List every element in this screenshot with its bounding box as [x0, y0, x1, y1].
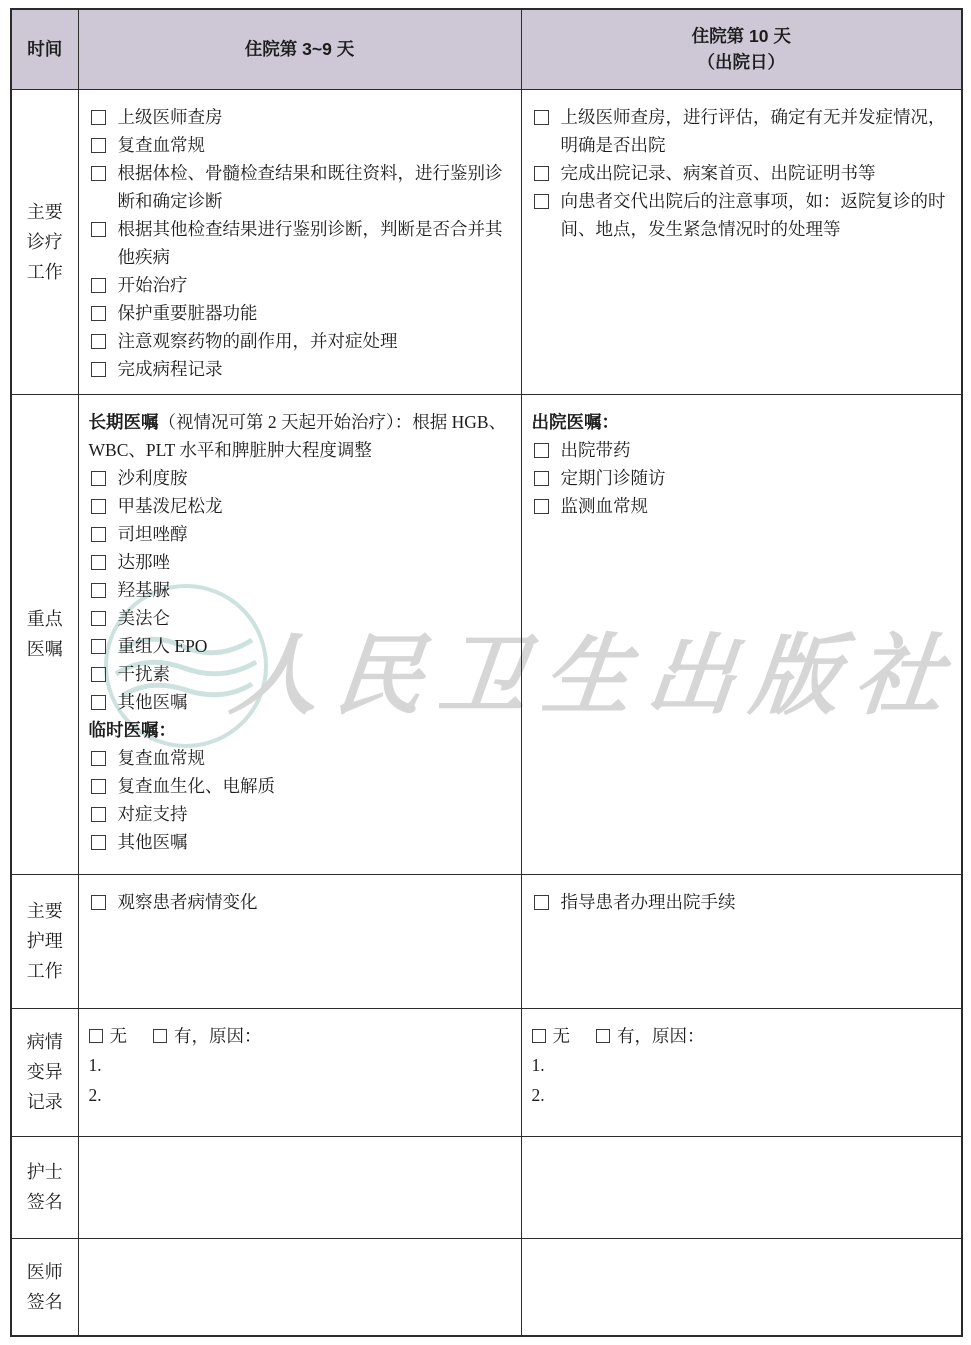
variation-row-label-cell: 病情变异记录: [11, 1008, 78, 1136]
checklist-item-label: 出院带药: [561, 436, 631, 464]
checkbox-icon: [596, 1029, 610, 1043]
checklist-item: 对症支持: [89, 800, 507, 828]
checklist-item-label: 复查血生化、电解质: [118, 772, 276, 800]
nurse-signature-day10-cell: [521, 1136, 962, 1238]
checklist-item-label: 甲基泼尼松龙: [118, 492, 223, 520]
orders-row: 重点医嘱 长期医嘱（视情况可第 2 天起开始治疗）：根据 HGB、WBC、PLT…: [11, 394, 962, 874]
checkbox-icon: [91, 166, 106, 181]
nurse-signature-label: 护士签名: [26, 1157, 63, 1217]
checkbox-icon: [534, 166, 549, 181]
checkbox-icon: [91, 895, 106, 910]
header-time-label: 时间: [27, 39, 62, 59]
checkbox-icon: [534, 194, 549, 209]
checkbox-icon: [153, 1029, 167, 1043]
checklist-item-label: 完成病程记录: [118, 355, 223, 383]
nursing-row-label: 主要护理工作: [26, 896, 63, 986]
checklist-item-label: 司坦唑醇: [118, 520, 188, 548]
variation-none-label: 无: [110, 1026, 128, 1046]
checklist-item-label: 监测血常规: [561, 492, 649, 520]
nurse-signature-day39-cell: [78, 1136, 521, 1238]
variation-yes-label: 有，原因：: [617, 1026, 705, 1046]
pathway-table-wrap: 时间 住院第 3~9 天 住院第 10 天 （出院日） 主要诊疗工作 上级医师查…: [10, 8, 963, 1337]
diagnosis-day39-cell: 上级医师查房 复查血常规 根据体检、骨髓检查结果和既往资料，进行鉴别诊断和确定诊…: [78, 89, 521, 394]
nursing-row: 主要护理工作 观察患者病情变化 指导患者办理出院手续: [11, 874, 962, 1008]
checklist-item-label: 定期门诊随访: [561, 464, 666, 492]
diagnosis-row: 主要诊疗工作 上级医师查房 复查血常规 根据体检、骨髓检查结果和既往资料，进行鉴…: [11, 89, 962, 394]
header-time-cell: 时间: [11, 9, 78, 89]
checklist-item: 复查血常规: [89, 131, 507, 159]
checklist-item: 保护重要脏器功能: [89, 299, 507, 327]
orders-row-label-cell: 重点医嘱: [11, 394, 78, 874]
checklist-item-label: 羟基脲: [118, 576, 171, 604]
orders-row-label: 重点医嘱: [26, 604, 63, 664]
checklist-item: 向患者交代出院后的注意事项，如：返院复诊的时间、地点，发生紧急情况时的处理等: [532, 187, 948, 243]
checklist-item-label: 达那唑: [118, 548, 171, 576]
header-day10-line2: （出院日）: [522, 49, 962, 75]
checklist-item-label: 开始治疗: [118, 271, 188, 299]
checklist-item: 复查血常规: [89, 744, 507, 772]
checklist-item: 司坦唑醇: [89, 520, 507, 548]
checklist-item: 美法仑: [89, 604, 507, 632]
checklist-item-label: 观察患者病情变化: [118, 888, 258, 916]
checklist-item-label: 重组人 EPO: [118, 632, 208, 660]
variation-day10-cell: 无有，原因： 1. 2.: [521, 1008, 962, 1136]
checklist-item-label: 指导患者办理出院手续: [561, 888, 736, 916]
variation-reason-line-2: 2.: [89, 1080, 507, 1110]
checkbox-icon: [91, 555, 106, 570]
variation-reason-line-2: 2.: [532, 1080, 948, 1110]
doctor-signature-label: 医师签名: [26, 1257, 63, 1317]
checkbox-icon: [532, 1029, 546, 1043]
checkbox-icon: [534, 110, 549, 125]
checklist-item: 上级医师查房: [89, 103, 507, 131]
checklist-item: 复查血生化、电解质: [89, 772, 507, 800]
checklist-item-label: 根据其他检查结果进行鉴别诊断，判断是否合并其他疾病: [118, 215, 507, 271]
pathway-table: 时间 住院第 3~9 天 住院第 10 天 （出院日） 主要诊疗工作 上级医师查…: [10, 8, 963, 1337]
checklist-item: 注意观察药物的副作用，并对症处理: [89, 327, 507, 355]
checklist-item-label: 上级医师查房，进行评估，确定有无并发症情况，明确是否出院: [561, 103, 948, 159]
checklist-item: 其他医嘱: [89, 828, 507, 856]
checklist-item: 沙利度胺: [89, 464, 507, 492]
variation-row-label: 病情变异记录: [26, 1027, 63, 1117]
checklist-item: 上级医师查房，进行评估，确定有无并发症情况，明确是否出院: [532, 103, 948, 159]
variation-reason-line-1: 1.: [532, 1050, 948, 1080]
header-day39-label: 住院第 3~9 天: [245, 39, 354, 59]
checkbox-icon: [534, 471, 549, 486]
checklist-item-label: 注意观察药物的副作用，并对症处理: [118, 327, 398, 355]
checklist-item-label: 根据体检、骨髓检查结果和既往资料，进行鉴别诊断和确定诊断: [118, 159, 507, 215]
checklist-item: 重组人 EPO: [89, 632, 507, 660]
orders-day39-cell: 长期医嘱（视情况可第 2 天起开始治疗）：根据 HGB、WBC、PLT 水平和脾…: [78, 394, 521, 874]
header-day10-cell: 住院第 10 天 （出院日）: [521, 9, 962, 89]
checklist-item-label: 向患者交代出院后的注意事项，如：返院复诊的时间、地点，发生紧急情况时的处理等: [561, 187, 948, 243]
checklist-item-label: 对症支持: [118, 800, 188, 828]
checkbox-icon: [534, 895, 549, 910]
checklist-item-label: 其他医嘱: [118, 828, 188, 856]
variation-none-label: 无: [553, 1026, 571, 1046]
checklist-item-label: 其他医嘱: [118, 688, 188, 716]
checklist-item: 监测血常规: [532, 492, 948, 520]
header-row: 时间 住院第 3~9 天 住院第 10 天 （出院日）: [11, 9, 962, 89]
checklist-item: 完成病程记录: [89, 355, 507, 383]
checkbox-icon: [91, 695, 106, 710]
diagnosis-day10-cell: 上级医师查房，进行评估，确定有无并发症情况，明确是否出院 完成出院记录、病案首页…: [521, 89, 962, 394]
discharge-orders-heading: 出院医嘱：: [532, 408, 948, 436]
checklist-item-label: 保护重要脏器功能: [118, 299, 258, 327]
checkbox-icon: [534, 499, 549, 514]
checklist-item: 指导患者办理出院手续: [532, 888, 948, 916]
checkbox-icon: [91, 278, 106, 293]
checkbox-icon: [91, 779, 106, 794]
checkbox-icon: [91, 110, 106, 125]
checklist-item-label: 美法仑: [118, 604, 171, 632]
checkbox-icon: [91, 471, 106, 486]
diagnosis-row-label-cell: 主要诊疗工作: [11, 89, 78, 394]
checklist-item: 根据其他检查结果进行鉴别诊断，判断是否合并其他疾病: [89, 215, 507, 271]
doctor-signature-day10-cell: [521, 1238, 962, 1336]
checklist-item-label: 完成出院记录、病案首页、出院证明书等: [561, 159, 876, 187]
checklist-item-label: 上级医师查房: [118, 103, 223, 131]
checkbox-icon: [91, 334, 106, 349]
checklist-item: 观察患者病情变化: [89, 888, 507, 916]
nursing-day10-cell: 指导患者办理出院手续: [521, 874, 962, 1008]
longterm-orders-intro: 长期医嘱（视情况可第 2 天起开始治疗）：根据 HGB、WBC、PLT 水平和脾…: [89, 408, 507, 464]
checkbox-icon: [91, 639, 106, 654]
checkbox-icon: [89, 1029, 103, 1043]
header-day10-line1: 住院第 10 天: [522, 23, 962, 49]
doctor-signature-row: 医师签名: [11, 1238, 962, 1336]
orders-day10-cell: 出院医嘱： 出院带药 定期门诊随访 监测血常规: [521, 394, 962, 874]
checkbox-icon: [91, 611, 106, 626]
checkbox-icon: [91, 667, 106, 682]
checkbox-icon: [91, 362, 106, 377]
clinical-pathway-page: 人民卫生出版社 时间 住院第 3~9 天 住院第 10 天 （出院日） 主要诊疗…: [0, 0, 971, 1345]
checkbox-icon: [91, 222, 106, 237]
variation-row: 病情变异记录 无有，原因： 1. 2. 无有，原因： 1. 2.: [11, 1008, 962, 1136]
checkbox-icon: [91, 527, 106, 542]
longterm-orders-heading: 长期医嘱: [89, 412, 159, 432]
nurse-signature-row: 护士签名: [11, 1136, 962, 1238]
diagnosis-row-label: 主要诊疗工作: [26, 197, 63, 287]
checklist-item: 出院带药: [532, 436, 948, 464]
header-day39-cell: 住院第 3~9 天: [78, 9, 521, 89]
checklist-item: 干扰素: [89, 660, 507, 688]
checkbox-icon: [534, 443, 549, 458]
checkbox-icon: [91, 306, 106, 321]
nursing-day39-cell: 观察患者病情变化: [78, 874, 521, 1008]
variation-day39-cell: 无有，原因： 1. 2.: [78, 1008, 521, 1136]
nursing-row-label-cell: 主要护理工作: [11, 874, 78, 1008]
variation-yes-label: 有，原因：: [174, 1026, 262, 1046]
checklist-item: 定期门诊随访: [532, 464, 948, 492]
doctor-signature-label-cell: 医师签名: [11, 1238, 78, 1336]
checklist-item: 达那唑: [89, 548, 507, 576]
doctor-signature-day39-cell: [78, 1238, 521, 1336]
checkbox-icon: [91, 583, 106, 598]
checklist-item: 根据体检、骨髓检查结果和既往资料，进行鉴别诊断和确定诊断: [89, 159, 507, 215]
variation-options: 无有，原因：: [89, 1022, 507, 1050]
checklist-item-label: 沙利度胺: [118, 464, 188, 492]
checklist-item: 其他医嘱: [89, 688, 507, 716]
checklist-item-label: 复查血常规: [118, 744, 206, 772]
checkbox-icon: [91, 835, 106, 850]
checklist-item-label: 干扰素: [118, 660, 171, 688]
checklist-item: 开始治疗: [89, 271, 507, 299]
checkbox-icon: [91, 807, 106, 822]
checkbox-icon: [91, 138, 106, 153]
checkbox-icon: [91, 751, 106, 766]
checklist-item: 羟基脲: [89, 576, 507, 604]
checklist-item: 完成出院记录、病案首页、出院证明书等: [532, 159, 948, 187]
temp-orders-heading: 临时医嘱：: [89, 716, 507, 744]
nurse-signature-label-cell: 护士签名: [11, 1136, 78, 1238]
checklist-item-label: 复查血常规: [118, 131, 206, 159]
variation-reason-line-1: 1.: [89, 1050, 507, 1080]
checklist-item: 甲基泼尼松龙: [89, 492, 507, 520]
checkbox-icon: [91, 499, 106, 514]
variation-options: 无有，原因：: [532, 1022, 948, 1050]
